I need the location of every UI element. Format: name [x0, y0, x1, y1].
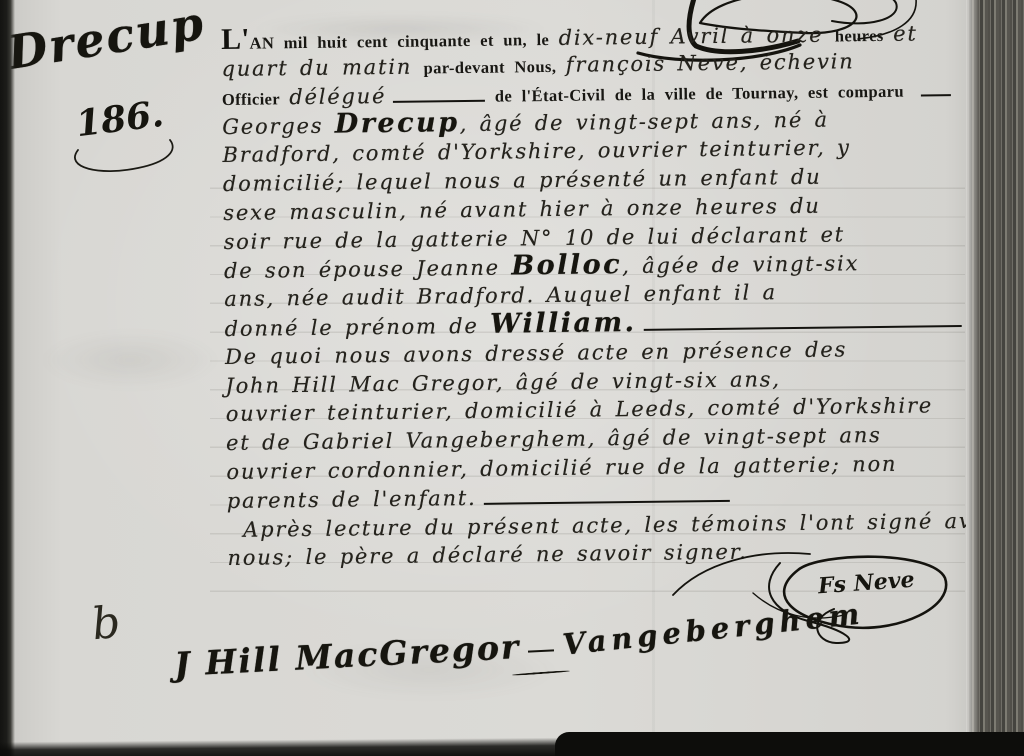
- handwritten-text: soir rue de la gatterie N° 10 de lui déc…: [223, 222, 845, 254]
- handwritten-text: John Hill Mac Gregor, âgé de vingt-six a…: [225, 367, 781, 398]
- printed-text: L': [221, 23, 250, 56]
- handwritten-text: , âgé de vingt-sept ans, né à: [459, 108, 829, 137]
- witness-signature-macgregor: J Hill MacGregor: [173, 627, 521, 684]
- handwritten-text: donné le prénom de: [225, 314, 491, 341]
- handwritten-text: délégué: [289, 84, 386, 109]
- handwritten-text: Bradford, comté d'Yorkshire, ouvrier tei…: [222, 136, 850, 168]
- inked-rule: [484, 491, 730, 505]
- inked-rule: [393, 91, 485, 103]
- printed-text: par-devant Nous,: [423, 57, 565, 78]
- handwritten-text: françois Neve, échevin: [566, 49, 855, 77]
- book-page-stack-right-edge: [966, 0, 1024, 756]
- handwritten-text: parents de l'enfant.: [227, 486, 477, 513]
- act-text-body: L'AN mil huit cent cinquante et un, le d…: [221, 17, 974, 573]
- page-bottom-right-edge: [555, 732, 1024, 756]
- printed-text: heures: [835, 26, 894, 46]
- printed-text: Officier: [222, 89, 290, 109]
- margin-number-swash: [60, 128, 190, 178]
- handwritten-text: De quoi nous avons dressé acte en présen…: [225, 337, 847, 369]
- handwritten-text: ouvrier cordonnier, domicilié rue de la …: [226, 452, 897, 484]
- handwritten-text: et: [893, 21, 918, 45]
- handwritten-text: Drecup: [335, 107, 460, 140]
- handwritten-text: William.: [490, 307, 637, 340]
- printed-text: de l'État-Civil de la ville de Tournay, …: [485, 81, 913, 105]
- handwritten-text: Georges: [222, 114, 335, 139]
- handwritten-text: Bolloc: [511, 249, 622, 281]
- signature-lead-stroke: [528, 649, 554, 652]
- handwritten-text: ans, née audit Bradford. Auquel enfant i…: [224, 280, 777, 311]
- handwritten-text: quart du matin: [221, 54, 423, 80]
- book-binding-left-edge: [0, 0, 15, 756]
- handwritten-text: sexe masculin, né avant hier à onze heur…: [223, 193, 821, 224]
- handwritten-text: de son épouse Jeanne: [224, 256, 512, 284]
- handwritten-text: dix-neuf Avril: [559, 24, 741, 50]
- margin-surname: Drecup: [4, 0, 220, 80]
- handwritten-text: domicilié; lequel nous a présenté un enf…: [223, 165, 822, 196]
- inked-rule: [643, 316, 961, 331]
- signature-tail-stroke: [512, 670, 570, 676]
- stray-pen-mark: b: [89, 597, 122, 651]
- handwritten-text: à onze: [741, 23, 835, 48]
- ink-bleedthrough-smudge: [40, 330, 220, 390]
- scanned-register-page: Drecup 186. L'AN mil huit cent cinquante…: [0, 0, 1024, 756]
- handwritten-text: , âgée de vingt-six: [622, 252, 859, 279]
- printed-text: AN mil huit cent cinquante et un, le: [249, 30, 558, 53]
